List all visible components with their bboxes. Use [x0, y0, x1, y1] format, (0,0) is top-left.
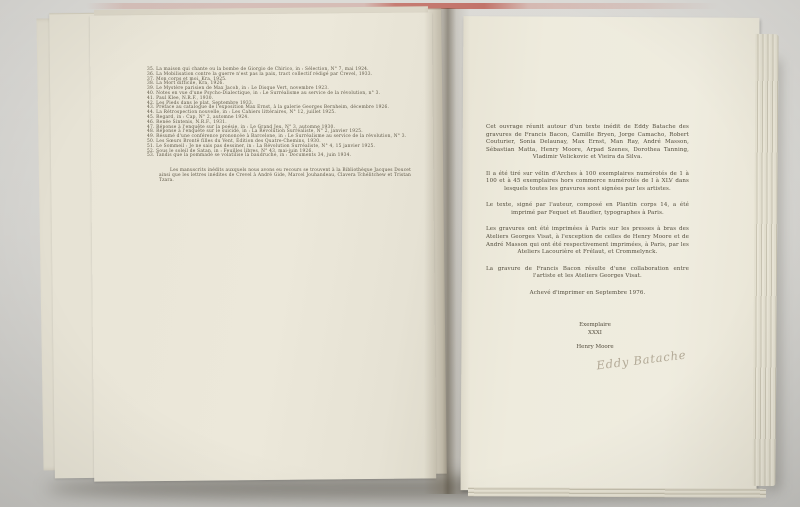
exemplaire-number: XXXI [540, 329, 650, 337]
bibliography-list: 35. La maison qui chante ou la bombe de … [147, 68, 406, 159]
colophon-paragraph: Achevé d'imprimer en Septembre 1976. [486, 290, 689, 298]
colophon-paragraph: La gravure de Francis Bacon résulte d'un… [486, 266, 689, 281]
colophon-paragraph: Le texte, signé par l'auteur, composé en… [486, 202, 689, 217]
colophon-paragraph: Il a été tiré sur vélin d'Arches à 100 e… [486, 171, 689, 194]
footnote-paragraph: Les manuscrits inédits auxquels nous avo… [159, 168, 411, 183]
edition-block: Exemplaire XXXI Henry Moore [540, 321, 650, 351]
exemplaire-label: Exemplaire [540, 321, 650, 329]
fore-edge-bottom [468, 487, 766, 498]
fore-edge-right [752, 34, 778, 486]
colophon-paragraph: Cet ouvrage réunit autour d'un texte iné… [486, 124, 689, 162]
colophon-paragraph: Les gravures ont été imprimées à Paris s… [486, 226, 689, 256]
gutter-shadow [424, 8, 470, 494]
artist-name: Henry Moore [540, 343, 650, 351]
list-item: 53. Tandis que la pommade se volatilise … [147, 154, 406, 159]
colophon-text: Cet ouvrage réunit autour d'un texte iné… [486, 124, 689, 306]
